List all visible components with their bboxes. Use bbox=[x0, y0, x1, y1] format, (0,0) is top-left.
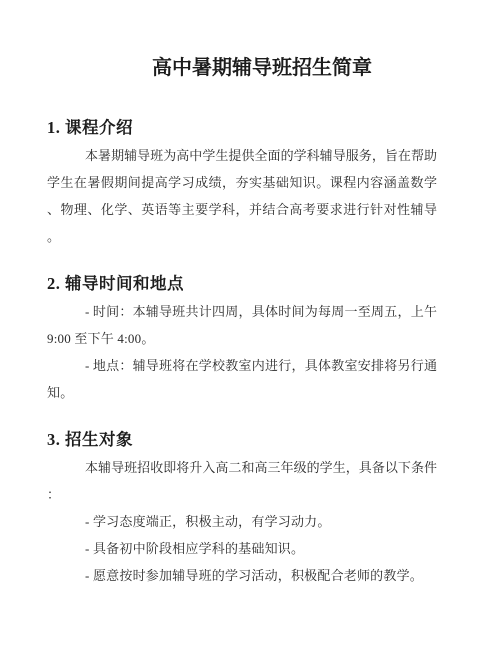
paragraph: 本暑期辅导班为高中学生提供全面的学科辅导服务，旨在帮助学生在暑假期间提高学习成绩… bbox=[47, 142, 437, 250]
text-line: 学生在暑假期间提高学习成绩，夯实基础知识。课程内容涵盖数学 bbox=[47, 169, 437, 196]
section-2: 2. 辅导时间和地点- 时间：本辅导班共计四周，具体时间为每周一至周五，上午9:… bbox=[47, 272, 437, 406]
text-line: - 学习态度端正，积极主动，有学习动力。 bbox=[47, 508, 437, 535]
text-line: 。 bbox=[47, 223, 437, 250]
text-line: - 具备初中阶段相应学科的基础知识。 bbox=[47, 535, 437, 562]
paragraph: 本辅导班招收即将升入高二和高三年级的学生，具备以下条件： bbox=[47, 454, 437, 508]
document-body: 1. 课程介绍本暑期辅导班为高中学生提供全面的学科辅导服务，旨在帮助学生在暑假期… bbox=[47, 116, 437, 589]
paragraph: - 具备初中阶段相应学科的基础知识。 bbox=[47, 535, 437, 562]
text-line: 本暑期辅导班为高中学生提供全面的学科辅导服务，旨在帮助 bbox=[47, 142, 437, 169]
text-line: ： bbox=[47, 481, 437, 508]
section-heading: 2. 辅导时间和地点 bbox=[47, 272, 437, 296]
text-line: - 时间：本辅导班共计四周，具体时间为每周一至周五，上午 bbox=[47, 298, 437, 325]
document-title: 高中暑期辅导班招生简章 bbox=[67, 52, 457, 84]
text-line: 知。 bbox=[47, 379, 437, 406]
paragraph: - 愿意按时参加辅导班的学习活动，积极配合老师的教学。 bbox=[47, 562, 437, 589]
section-1: 1. 课程介绍本暑期辅导班为高中学生提供全面的学科辅导服务，旨在帮助学生在暑假期… bbox=[47, 116, 437, 250]
text-line: 9:00 至下午 4:00。 bbox=[47, 325, 437, 352]
document-page: 高中暑期辅导班招生简章 1. 课程介绍本暑期辅导班为高中学生提供全面的学科辅导服… bbox=[0, 0, 500, 647]
paragraph: - 时间：本辅导班共计四周，具体时间为每周一至周五，上午9:00 至下午 4:0… bbox=[47, 298, 437, 352]
paragraph: - 地点：辅导班将在学校教室内进行，具体教室安排将另行通知。 bbox=[47, 352, 437, 406]
text-line: 本辅导班招收即将升入高二和高三年级的学生，具备以下条件 bbox=[47, 454, 437, 481]
section-3: 3. 招生对象本辅导班招收即将升入高二和高三年级的学生，具备以下条件：- 学习态… bbox=[47, 428, 437, 589]
text-line: - 地点：辅导班将在学校教室内进行，具体教室安排将另行通 bbox=[47, 352, 437, 379]
text-line: 、物理、化学、英语等主要学科，并结合高考要求进行针对性辅导 bbox=[47, 196, 437, 223]
section-heading: 1. 课程介绍 bbox=[47, 116, 437, 140]
paragraph: - 学习态度端正，积极主动，有学习动力。 bbox=[47, 508, 437, 535]
section-heading: 3. 招生对象 bbox=[47, 428, 437, 452]
text-line: - 愿意按时参加辅导班的学习活动，积极配合老师的教学。 bbox=[47, 562, 437, 589]
